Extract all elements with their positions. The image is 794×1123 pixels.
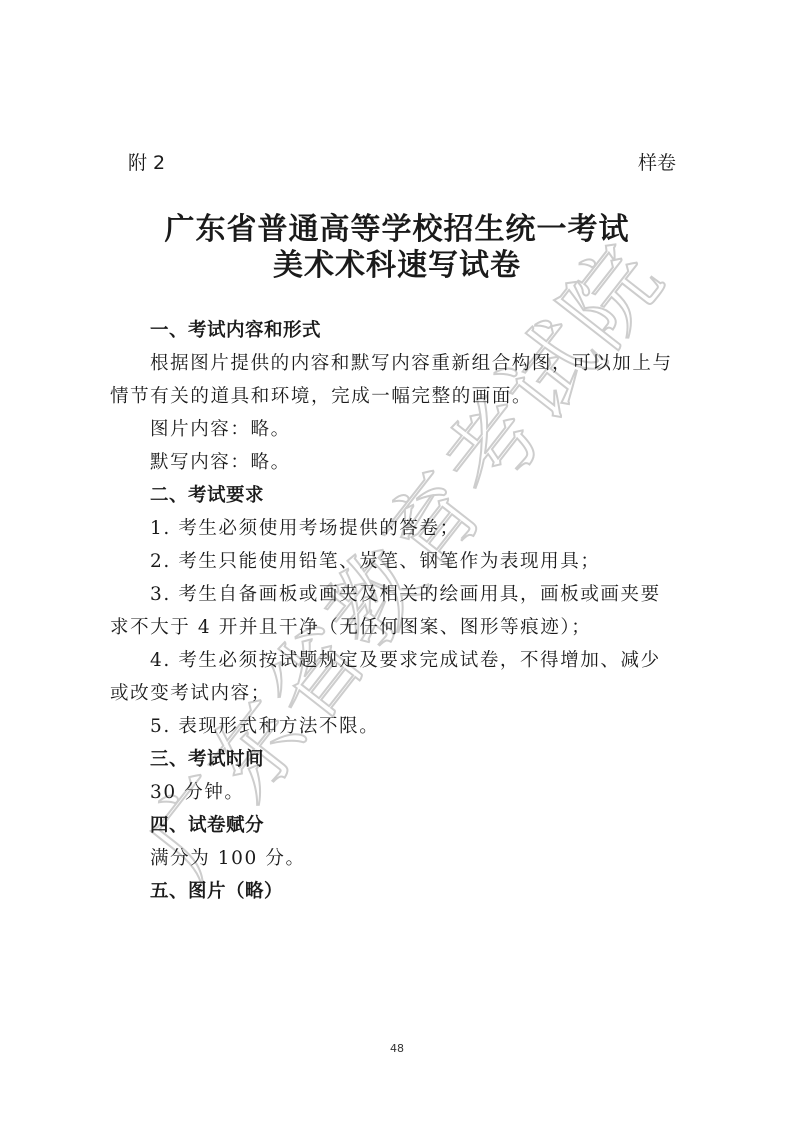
page-number: 48 <box>0 1042 794 1055</box>
section-2-heading: 二、考试要求 <box>110 479 700 512</box>
requirement-1: 1. 考生必须使用考场提供的答卷； <box>110 512 700 545</box>
section-5-heading: 五、图片（略） <box>110 875 700 908</box>
section-1-paragraph-line-2: 情节有关的道具和环境，完成一幅完整的画面。 <box>110 380 700 413</box>
picture-content: 图片内容：略。 <box>110 413 700 446</box>
requirement-3-line-1: 3. 考生自备画板或画夹及相关的绘画用具，画板或画夹要 <box>110 578 700 611</box>
exam-duration: 30 分钟。 <box>110 776 700 809</box>
requirement-2: 2. 考生只能使用铅笔、炭笔、钢笔作为表现用具； <box>110 545 700 578</box>
section-1-paragraph-line-1: 根据图片提供的内容和默写内容重新组合构图，可以加上与 <box>110 347 700 380</box>
document-page: 广东省教育考试院 附 2 样卷 广东省普通高等学校招生统一考试 美术术科速写试卷… <box>0 0 794 1123</box>
section-3-heading: 三、考试时间 <box>110 743 700 776</box>
memory-content: 默写内容：略。 <box>110 446 700 479</box>
document-body: 一、考试内容和形式 根据图片提供的内容和默写内容重新组合构图，可以加上与 情节有… <box>110 314 700 908</box>
title-line-2: 美术术科速写试卷 <box>0 240 794 284</box>
section-1-heading: 一、考试内容和形式 <box>110 314 700 347</box>
requirement-4-line-2: 或改变考试内容； <box>110 677 700 710</box>
section-4-heading: 四、试卷赋分 <box>110 809 700 842</box>
requirement-4-line-1: 4. 考生必须按试题规定及要求完成试卷，不得增加、减少 <box>110 644 700 677</box>
sample-label: 样卷 <box>638 148 676 175</box>
attachment-label: 附 2 <box>128 148 165 175</box>
requirement-5: 5. 表现形式和方法不限。 <box>110 710 700 743</box>
requirement-3-line-2: 求不大于 4 开并且干净（无任何图案、图形等痕迹）； <box>110 611 700 644</box>
full-score: 满分为 100 分。 <box>110 842 700 875</box>
